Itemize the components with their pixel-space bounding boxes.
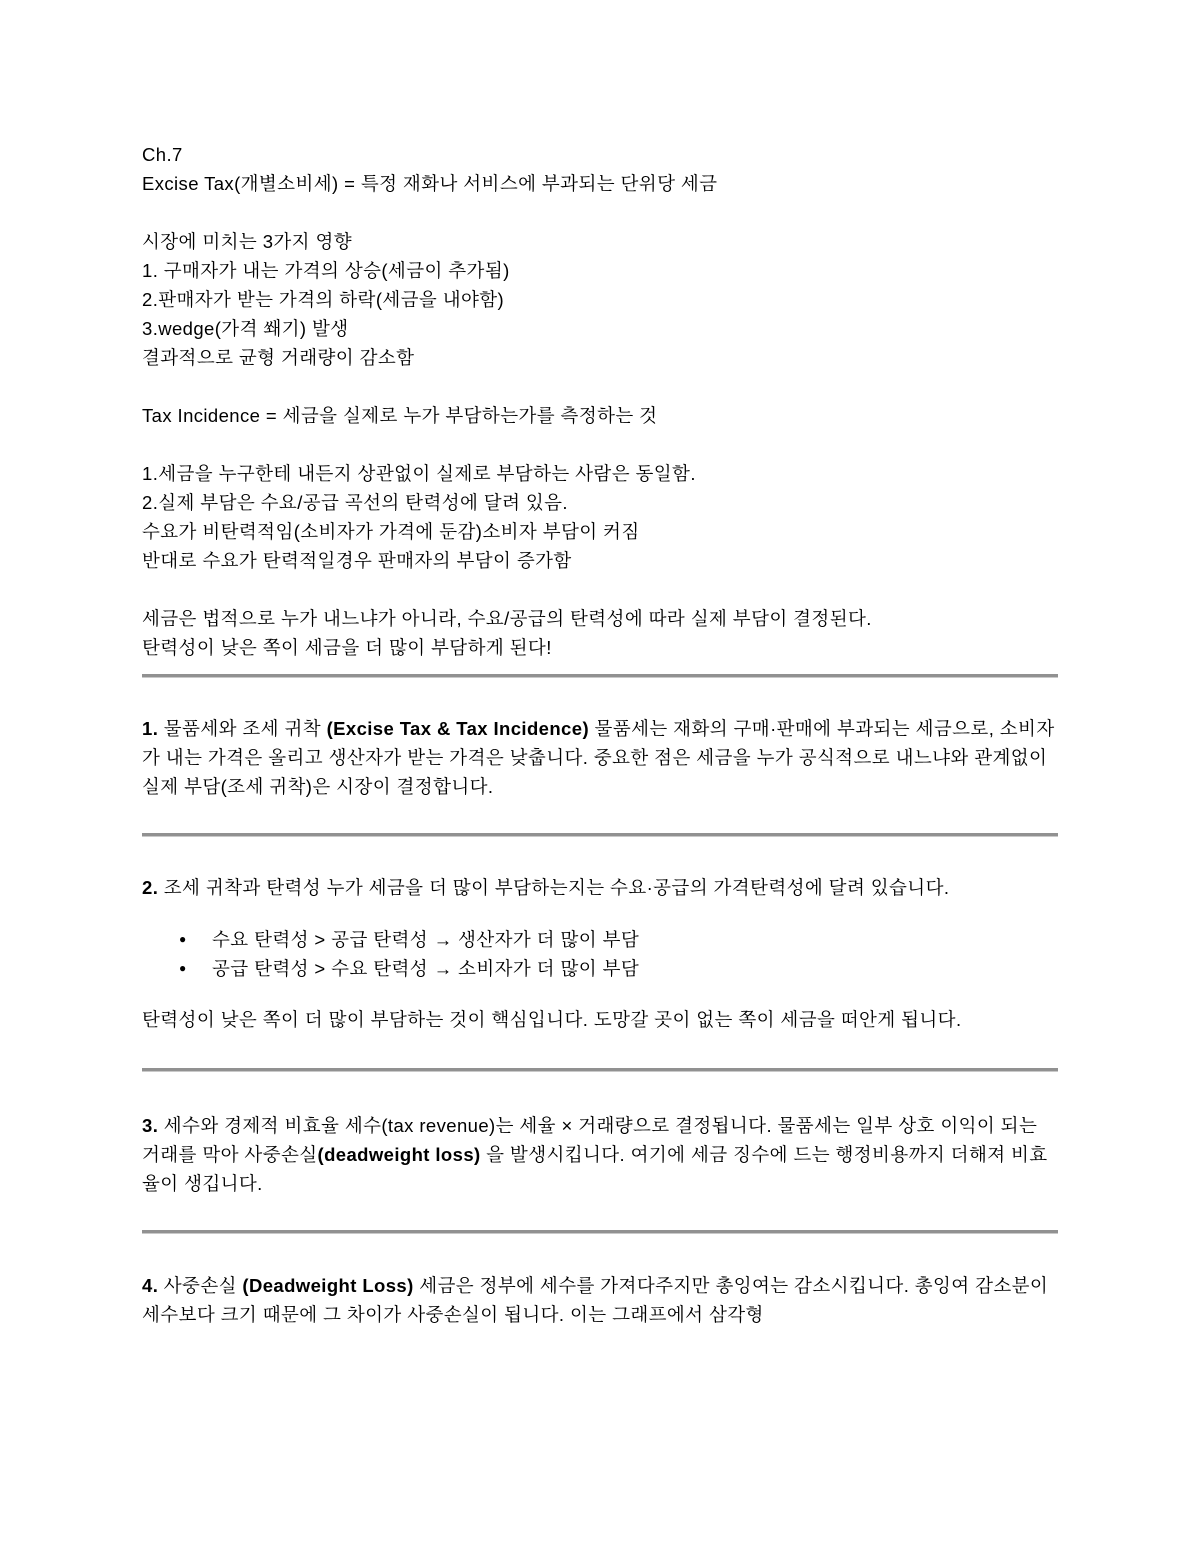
- section-2-outro: 탄력성이 낮은 쪽이 더 많이 부담하는 것이 핵심입니다. 도망갈 곳이 없는…: [142, 1005, 1058, 1034]
- bold-text-segment: (Excise Tax & Tax Incidence): [327, 718, 589, 739]
- text-line: 2.실제 부담은 수요/공급 곡선의 탄력성에 달려 있음.: [142, 488, 1058, 517]
- text-line: 수요가 비탄력적임(소비자가 가격에 둔감)소비자 부담이 커짐: [142, 517, 1058, 546]
- section-divider: [142, 1068, 1058, 1072]
- text-line: 시장에 미치는 3가지 영향: [142, 227, 1058, 256]
- intro-paragraph-4: 1.세금을 누구한테 내든지 상관없이 실제로 부담하는 사람은 동일함. 2.…: [142, 459, 1058, 575]
- section-divider: [142, 674, 1058, 678]
- bold-text-segment: 3.: [142, 1115, 158, 1136]
- bullet-item: 공급 탄력성 > 수요 탄력성 → 소비자가 더 많이 부담: [212, 954, 1058, 983]
- section-2-incidence-elasticity: 2. 조세 귀착과 탄력성 누가 세금을 더 많이 부담하는지는 수요·공급의 …: [142, 873, 1058, 902]
- text-line: Excise Tax(개별소비세) = 특정 재화나 서비스에 부과되는 단위당…: [142, 169, 1058, 198]
- intro-paragraph-2: 시장에 미치는 3가지 영향 1. 구매자가 내는 가격의 상승(세금이 추가됨…: [142, 227, 1058, 372]
- elasticity-bullet-list: 수요 탄력성 > 공급 탄력성 → 생산자가 더 많이 부담 공급 탄력성 > …: [142, 925, 1058, 983]
- intro-paragraph-3: Tax Incidence = 세금을 실제로 누가 부담하는가를 측정하는 것: [142, 401, 1058, 430]
- document-page: Ch.7 Excise Tax(개별소비세) = 특정 재화나 서비스에 부과되…: [0, 0, 1200, 1553]
- bullet-text: 수요 탄력성 > 공급 탄력성 → 생산자가 더 많이 부담: [212, 929, 639, 950]
- bold-text-segment: (Deadweight Loss): [242, 1275, 413, 1296]
- text-line: Ch.7: [142, 140, 1058, 169]
- bold-text-segment: 1.: [142, 718, 158, 739]
- intro-paragraph-5: 세금은 법적으로 누가 내느냐가 아니라, 수요/공급의 탄력성에 따라 실제 …: [142, 604, 1058, 662]
- bullet-item: 수요 탄력성 > 공급 탄력성 → 생산자가 더 많이 부담: [212, 925, 1058, 954]
- text-segment: 사중손실: [158, 1275, 242, 1296]
- bold-text-segment: 4.: [142, 1275, 158, 1296]
- text-segment: 물품세와 조세 귀착: [158, 718, 326, 739]
- text-line: 세금은 법적으로 누가 내느냐가 아니라, 수요/공급의 탄력성에 따라 실제 …: [142, 604, 1058, 633]
- text-line: 2.판매자가 받는 가격의 하락(세금을 내야함): [142, 285, 1058, 314]
- bold-text-segment: 2.: [142, 877, 158, 898]
- text-line: 1.세금을 누구한테 내든지 상관없이 실제로 부담하는 사람은 동일함.: [142, 459, 1058, 488]
- section-1-excise-tax-incidence: 1. 물품세와 조세 귀착 (Excise Tax & Tax Incidenc…: [142, 714, 1058, 801]
- text-line: 결과적으로 균형 거래량이 감소함: [142, 343, 1058, 372]
- text-line: Tax Incidence = 세금을 실제로 누가 부담하는가를 측정하는 것: [142, 401, 1058, 430]
- text-segment: 조세 귀착과 탄력성 누가 세금을 더 많이 부담하는지는 수요·공급의 가격탄…: [158, 877, 949, 898]
- section-4-deadweight-loss: 4. 사중손실 (Deadweight Loss) 세금은 정부에 세수를 가져…: [142, 1271, 1058, 1329]
- text-line: 반대로 수요가 탄력적일경우 판매자의 부담이 증가함: [142, 546, 1058, 575]
- document-content: Ch.7 Excise Tax(개별소비세) = 특정 재화나 서비스에 부과되…: [142, 140, 1058, 1329]
- section-divider: [142, 833, 1058, 837]
- section-divider: [142, 1230, 1058, 1234]
- text-line: 탄력성이 낮은 쪽이 세금을 더 많이 부담하게 된다!: [142, 633, 1058, 662]
- text-line: 1. 구매자가 내는 가격의 상승(세금이 추가됨): [142, 256, 1058, 285]
- section-3-tax-revenue-inefficiency: 3. 세수와 경제적 비효율 세수(tax revenue)는 세율 × 거래량…: [142, 1111, 1058, 1198]
- text-line: 3.wedge(가격 쐐기) 발생: [142, 314, 1058, 343]
- bold-text-segment: (deadweight loss): [318, 1144, 481, 1165]
- intro-paragraph-1: Ch.7 Excise Tax(개별소비세) = 특정 재화나 서비스에 부과되…: [142, 140, 1058, 198]
- bullet-text: 공급 탄력성 > 수요 탄력성 → 소비자가 더 많이 부담: [212, 958, 639, 979]
